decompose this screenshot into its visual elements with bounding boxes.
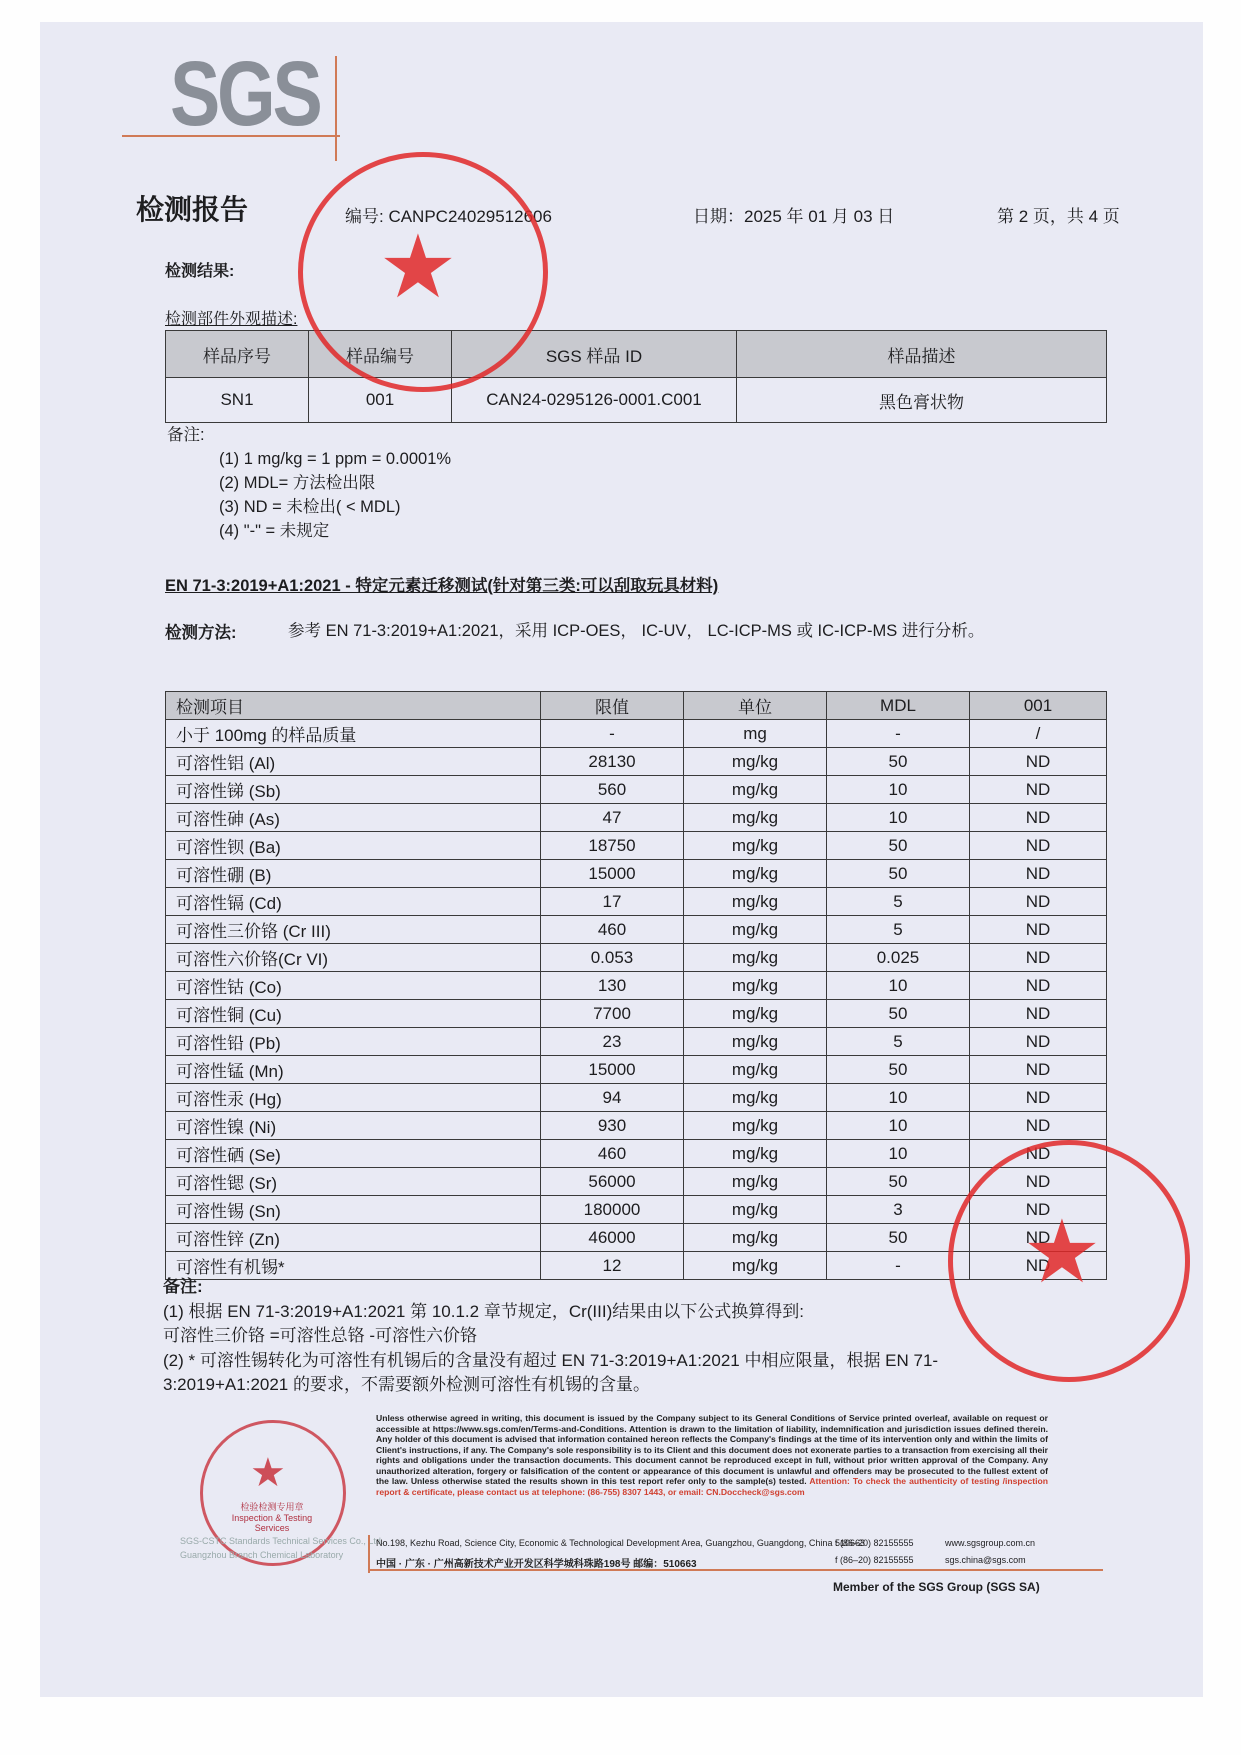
- table-cell: mg/kg: [684, 1000, 827, 1028]
- table-cell: 94: [541, 1084, 684, 1112]
- table-cell: ND: [970, 1028, 1107, 1056]
- note-item: (2) MDL= 方法检出限: [167, 471, 451, 495]
- table-cell: 47: [541, 804, 684, 832]
- table-cell: 10: [827, 776, 970, 804]
- logo-divider-vertical: [335, 56, 337, 161]
- logo-divider: [122, 135, 340, 137]
- table-cell: 460: [541, 916, 684, 944]
- notes: 备注: (1) 1 mg/kg = 1 ppm = 0.0001% (2) MD…: [167, 423, 451, 543]
- sgs-seal-label: 检验检测专用章 Inspection & Testing Services: [222, 1500, 322, 1533]
- table-row: 可溶性汞 (Hg)94mg/kg10ND: [166, 1084, 1107, 1112]
- table-cell: 10: [827, 1112, 970, 1140]
- table-cell: mg/kg: [684, 1168, 827, 1196]
- col-header: 001: [970, 692, 1107, 720]
- table-cell: 10: [827, 972, 970, 1000]
- email-link[interactable]: sgs.china@sgs.com: [945, 1555, 1026, 1565]
- table-cell: ND: [970, 776, 1107, 804]
- table-cell: 可溶性铝 (Al): [166, 748, 541, 776]
- table-row: 可溶性硒 (Se)460mg/kg10ND: [166, 1140, 1107, 1168]
- table-cell: 28130: [541, 748, 684, 776]
- table-cell: 50: [827, 1000, 970, 1028]
- table-cell: ND: [970, 944, 1107, 972]
- col-header: 检测项目: [166, 692, 541, 720]
- table-cell: mg/kg: [684, 1028, 827, 1056]
- table-row: 可溶性锰 (Mn)15000mg/kg50ND: [166, 1056, 1107, 1084]
- table-cell: 可溶性汞 (Hg): [166, 1084, 541, 1112]
- address-en: No.198, Kezhu Road, Science City, Econom…: [376, 1538, 865, 1548]
- table-cell: 10: [827, 1140, 970, 1168]
- table-cell: 5: [827, 888, 970, 916]
- table-row: 可溶性锑 (Sb)560mg/kg10ND: [166, 776, 1107, 804]
- table-cell: ND: [970, 888, 1107, 916]
- star-icon: ★: [1012, 1200, 1112, 1303]
- table-cell: 50: [827, 748, 970, 776]
- table-cell: mg/kg: [684, 1224, 827, 1252]
- table-cell: 3: [827, 1196, 970, 1224]
- table-cell: mg/kg: [684, 888, 827, 916]
- table-cell: mg/kg: [684, 1112, 827, 1140]
- table-cell: ND: [970, 804, 1107, 832]
- col-header: 样品序号: [166, 331, 309, 378]
- table-cell: mg/kg: [684, 1056, 827, 1084]
- phone: t (86–20) 82155555: [835, 1538, 914, 1548]
- table-cell: 18750: [541, 832, 684, 860]
- table-cell: 可溶性砷 (As): [166, 804, 541, 832]
- table-cell: 可溶性锰 (Mn): [166, 1056, 541, 1084]
- remark-line: 可溶性三价铬 =可溶性总铬 -可溶性六价铬: [163, 1324, 1063, 1349]
- table-cell: ND: [970, 1112, 1107, 1140]
- table-cell: 50: [827, 860, 970, 888]
- table-cell: 17: [541, 888, 684, 916]
- table-cell: 15000: [541, 860, 684, 888]
- table-cell: 15000: [541, 1056, 684, 1084]
- table-cell: 可溶性锑 (Sb): [166, 776, 541, 804]
- table-cell: 可溶性镍 (Ni): [166, 1112, 541, 1140]
- sgs-logo: SGS: [170, 48, 319, 140]
- table-row: 可溶性钴 (Co)130mg/kg10ND: [166, 972, 1107, 1000]
- table-cell: 0.053: [541, 944, 684, 972]
- table-cell: mg/kg: [684, 972, 827, 1000]
- table-cell: 23: [541, 1028, 684, 1056]
- table-cell: 46000: [541, 1224, 684, 1252]
- table-cell: ND: [970, 972, 1107, 1000]
- table-cell: ND: [970, 832, 1107, 860]
- sample-desc-label: 检测部件外观描述:: [165, 306, 297, 329]
- table-cell: 50: [827, 1168, 970, 1196]
- table-cell: 5: [827, 916, 970, 944]
- note-item: (4) "-" = 未规定: [167, 519, 451, 543]
- table-cell: mg/kg: [684, 944, 827, 972]
- notes-title: 备注:: [167, 423, 451, 447]
- table-cell: 可溶性钴 (Co): [166, 972, 541, 1000]
- sample-table-header: 样品序号 样品编号 SGS 样品 ID 样品描述: [166, 331, 1107, 378]
- table-row: 可溶性铜 (Cu)7700mg/kg50ND: [166, 1000, 1107, 1028]
- table-cell: 50: [827, 832, 970, 860]
- table-cell: 930: [541, 1112, 684, 1140]
- table-cell: ND: [970, 748, 1107, 776]
- col-header: 样品描述: [737, 331, 1107, 378]
- table-row: 小于 100mg 的样品质量-mg-/: [166, 720, 1107, 748]
- page-indicator: 第 2 页，共 4 页: [997, 202, 1120, 227]
- disclaimer: Unless otherwise agreed in writing, this…: [376, 1413, 1048, 1497]
- table-row: 可溶性镍 (Ni)930mg/kg10ND: [166, 1112, 1107, 1140]
- table-cell: mg/kg: [684, 832, 827, 860]
- table-cell: ND: [970, 1084, 1107, 1112]
- footer-divider: [368, 1535, 370, 1573]
- remarks: 备注: (1) 根据 EN 71-3:2019+A1:2021 第 10.1.2…: [163, 1275, 1063, 1398]
- table-cell: 180000: [541, 1196, 684, 1224]
- remark-line: (2) * 可溶性锡转化为可溶性有机锡后的含量没有超过 EN 71-3:2019…: [163, 1349, 1063, 1398]
- table-cell: ND: [970, 916, 1107, 944]
- star-icon: ★: [250, 1450, 286, 1496]
- table-cell: 可溶性钡 (Ba): [166, 832, 541, 860]
- table-cell: mg/kg: [684, 860, 827, 888]
- table-row: 可溶性三价铬 (Cr III)460mg/kg5ND: [166, 916, 1107, 944]
- table-cell: 可溶性硒 (Se): [166, 1140, 541, 1168]
- table-cell: ND: [970, 860, 1107, 888]
- remarks-title: 备注:: [163, 1275, 1063, 1300]
- table-cell: mg/kg: [684, 1140, 827, 1168]
- table-cell: -: [827, 720, 970, 748]
- table-cell: 小于 100mg 的样品质量: [166, 720, 541, 748]
- method-text: 参考 EN 71-3:2019+A1:2021，采用 ICP-OES， IC-U…: [288, 619, 1088, 644]
- col-header: 限值: [541, 692, 684, 720]
- table-row: 可溶性钡 (Ba)18750mg/kg50ND: [166, 832, 1107, 860]
- member-line: Member of the SGS Group (SGS SA): [833, 1580, 1040, 1594]
- table-cell: 460: [541, 1140, 684, 1168]
- fax: f (86–20) 82155555: [835, 1555, 914, 1565]
- table-cell: mg/kg: [684, 1084, 827, 1112]
- table-cell: -: [541, 720, 684, 748]
- table-cell: 56000: [541, 1168, 684, 1196]
- results-table: 检测项目 限值 单位 MDL 001 小于 100mg 的样品质量-mg-/可溶…: [165, 691, 1107, 1280]
- table-row: 可溶性铝 (Al)28130mg/kg50ND: [166, 748, 1107, 776]
- table-row: 可溶性镉 (Cd)17mg/kg5ND: [166, 888, 1107, 916]
- table-cell: 可溶性铜 (Cu): [166, 1000, 541, 1028]
- table-cell: 黑色膏状物: [737, 378, 1107, 423]
- table-cell: 可溶性锡 (Sn): [166, 1196, 541, 1224]
- table-cell: 0.025: [827, 944, 970, 972]
- address-cn: 中国 · 广东 · 广州高新技术产业开发区科学城科珠路198号 邮编：51066…: [376, 1555, 697, 1570]
- table-cell: 可溶性六价铬(Cr VI): [166, 944, 541, 972]
- table-row: 可溶性铅 (Pb)23mg/kg5ND: [166, 1028, 1107, 1056]
- table-cell: 50: [827, 1056, 970, 1084]
- note-item: (1) 1 mg/kg = 1 ppm = 0.0001%: [167, 447, 451, 471]
- footer-divider: [368, 1569, 1103, 1571]
- table-cell: ND: [970, 1000, 1107, 1028]
- table-cell: mg: [684, 720, 827, 748]
- table-cell: 可溶性锌 (Zn): [166, 1224, 541, 1252]
- table-cell: 10: [827, 1084, 970, 1112]
- table-cell: 130: [541, 972, 684, 1000]
- sample-table: 样品序号 样品编号 SGS 样品 ID 样品描述 SN1 001 CAN24-0…: [165, 330, 1107, 423]
- note-item: (3) ND = 未检出( < MDL): [167, 495, 451, 519]
- table-cell: 可溶性硼 (B): [166, 860, 541, 888]
- star-icon: ★: [368, 215, 468, 318]
- table-row: 可溶性六价铬(Cr VI)0.053mg/kg0.025ND: [166, 944, 1107, 972]
- table-row: 可溶性砷 (As)47mg/kg10ND: [166, 804, 1107, 832]
- col-header: 单位: [684, 692, 827, 720]
- table-row: SN1 001 CAN24-0295126-0001.C001 黑色膏状物: [166, 378, 1107, 423]
- table-cell: /: [970, 720, 1107, 748]
- report-date: 日期：2025 年 01 月 03 日: [693, 202, 894, 227]
- table-cell: 560: [541, 776, 684, 804]
- report-title: 检测报告: [136, 188, 248, 228]
- method-label: 检测方法:: [165, 619, 237, 643]
- table-cell: 可溶性铅 (Pb): [166, 1028, 541, 1056]
- table-cell: 可溶性三价铬 (Cr III): [166, 916, 541, 944]
- table-cell: 10: [827, 804, 970, 832]
- website-link[interactable]: www.sgsgroup.com.cn: [945, 1538, 1035, 1548]
- table-cell: 可溶性镉 (Cd): [166, 888, 541, 916]
- table-cell: mg/kg: [684, 1196, 827, 1224]
- table-cell: SN1: [166, 378, 309, 423]
- section-title: EN 71-3:2019+A1:2021 - 特定元素迁移测试(针对第三类:可以…: [165, 572, 718, 596]
- table-cell: mg/kg: [684, 804, 827, 832]
- table-cell: CAN24-0295126-0001.C001: [452, 378, 737, 423]
- table-cell: 可溶性锶 (Sr): [166, 1168, 541, 1196]
- footer-company: SGS-CSTC Standards Technical Services Co…: [180, 1534, 383, 1562]
- table-cell: 5: [827, 1028, 970, 1056]
- col-header: MDL: [827, 692, 970, 720]
- table-cell: mg/kg: [684, 776, 827, 804]
- results-table-header: 检测项目 限值 单位 MDL 001: [166, 692, 1107, 720]
- remark-line: (1) 根据 EN 71-3:2019+A1:2021 第 10.1.2 章节规…: [163, 1300, 1063, 1325]
- table-cell: ND: [970, 1056, 1107, 1084]
- table-cell: mg/kg: [684, 916, 827, 944]
- table-row: 可溶性锶 (Sr)56000mg/kg50ND: [166, 1168, 1107, 1196]
- table-cell: mg/kg: [684, 748, 827, 776]
- results-label: 检测结果:: [165, 258, 234, 281]
- table-row: 可溶性硼 (B)15000mg/kg50ND: [166, 860, 1107, 888]
- table-cell: 7700: [541, 1000, 684, 1028]
